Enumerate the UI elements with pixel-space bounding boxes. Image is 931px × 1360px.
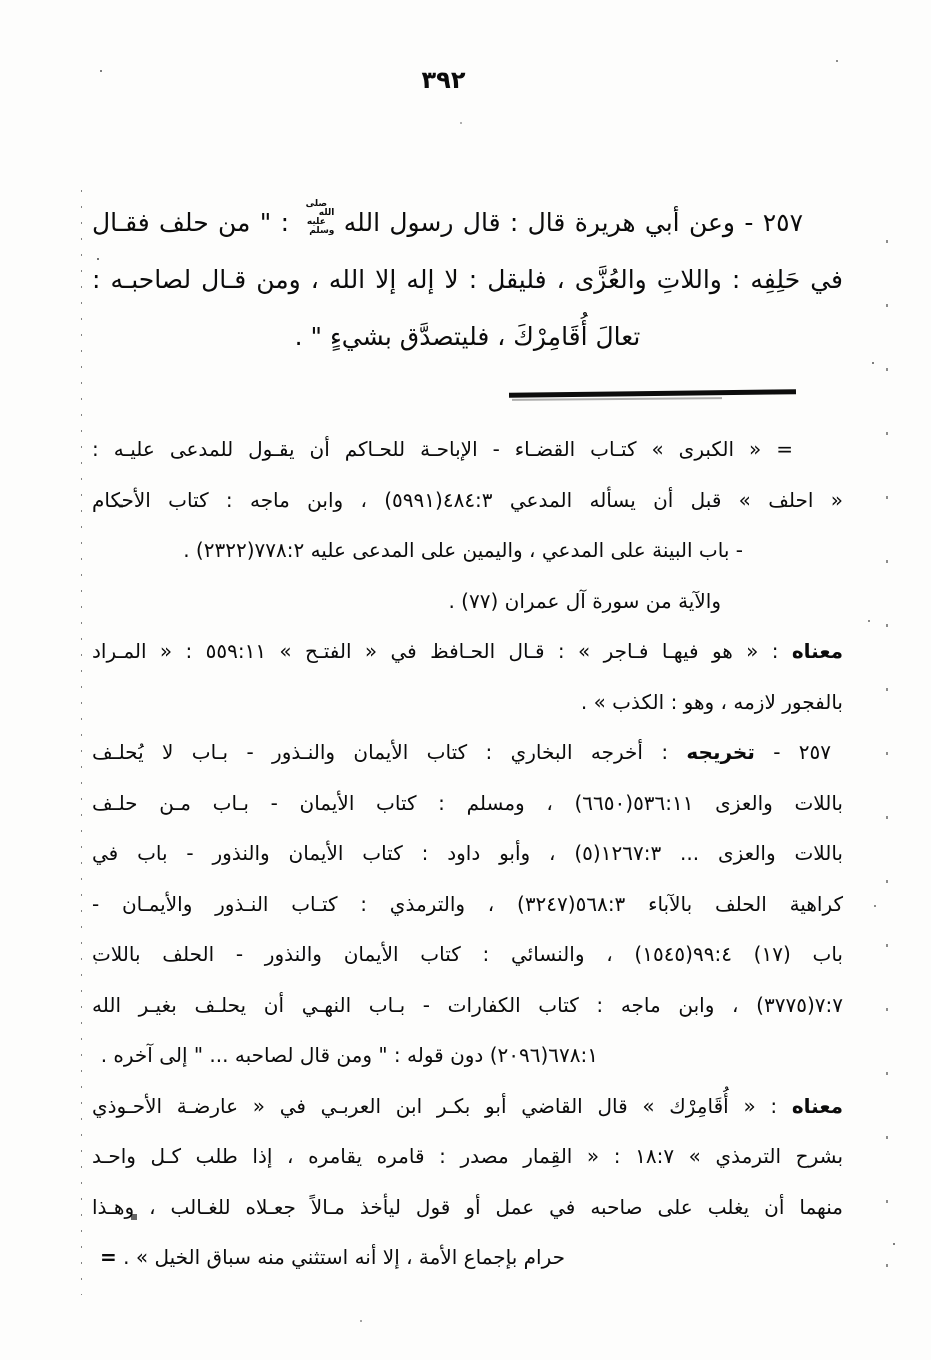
- footnote-line-8: باللات والعزى ٥٣٦:١١(٦٦٥٠) ، ومسلم : كتا…: [92, 778, 843, 829]
- footnote-line-7-text: : أخرجه البخاري : كتاب الأيمان والنـذور …: [92, 740, 686, 764]
- footnote-separator-rule: [509, 389, 796, 398]
- footnote-label-maanah-2: معناه: [792, 1094, 843, 1118]
- footnote-line-2: « احلف » قبل أن يسأله المدعي ٤٨٤:٣(٥٩٩١)…: [92, 475, 843, 526]
- scan-noise-dotline-right: [886, 240, 888, 1300]
- scanned-book-page: ٣٩٢ ٢٥٧ - وعن أبي هريرة قال : قال رسول ا…: [0, 0, 931, 1360]
- hadith-line-2: في حَلِفِه : واللاتِ والعُزَّى ، فليقل :…: [92, 251, 843, 308]
- footnote-line-14: معناه : « أُقَامِرْك » قال القاضي أبو بك…: [92, 1081, 843, 1132]
- footnote-line-10: كراهية الحلف بالآباء ٥٦٨:٣(٣٢٤٧) ، والتر…: [92, 879, 843, 930]
- footnotes-block: = « الكبرى » كتـاب القضـاء - الإباحـة لل…: [92, 424, 843, 1283]
- footnote-line-16: منهما أن يغلب على صاحبه في عمل أو قول لي…: [92, 1182, 843, 1233]
- saw-honorific-top: صلى الله: [298, 200, 334, 218]
- footnote-line-4: والآية من سورة آل عمران (٧٧) .: [92, 576, 843, 627]
- footnote-line-5: معناه : « هو فيهـا فـاجر » : قـال الحـاف…: [92, 626, 843, 677]
- continuation-mark: =: [100, 1232, 117, 1283]
- footnote-line-3: - باب البينة على المدعي ، واليمين على ال…: [92, 525, 843, 576]
- footnote-line-6: بالفجور لازمه ، وهو : الكذب » .: [92, 677, 843, 728]
- footnote-line-1: = « الكبرى » كتـاب القضـاء - الإباحـة لل…: [92, 424, 843, 475]
- footnote-line-17-row: = حرام بإجماع الأمة ، إلا أنه استثني منه…: [92, 1232, 843, 1283]
- footnote-line-15: بشرح الترمذي » ١٨:٧ : « القِمار مصدر : ق…: [92, 1131, 843, 1182]
- footnote-separator-echo: [512, 397, 722, 401]
- footnote-line-12: ٧:٧(٣٧٧٥) ، وابن ماجه : كتاب الكفارات - …: [92, 980, 843, 1031]
- footnote-label-takhrij: تخريجه: [686, 740, 754, 764]
- footnote-line-9: باللات والعزى ... ١٢٦٧:٣(٥) ، وأبو داود …: [92, 828, 843, 879]
- page-number: ٣٩٢: [0, 66, 909, 94]
- hadith-line-3: تعالَ أُقَامِرْكَ ، فليتصدَّق بشيءٍ " .: [92, 308, 843, 365]
- saw-honorific: صلى اللهعليه وسلم: [298, 200, 334, 236]
- footnote-label-maanah-1: معناه: [792, 639, 843, 663]
- footnote-line-5-text: : « هو فيهـا فـاجر » : قـال الحـافظ في «…: [92, 639, 792, 663]
- footnote-line-11: باب (١٧) ٩٩:٤(١٥٤٥) ، والنسائي : كتاب ال…: [92, 929, 843, 980]
- hadith-text-block: ٢٥٧ - وعن أبي هريرة قال : قال رسول الله …: [92, 194, 843, 365]
- hadith-line-1: ٢٥٧ - وعن أبي هريرة قال : قال رسول الله …: [92, 194, 843, 251]
- footnote-line-7: ٢٥٧ - تخريجه : أخرجه البخاري : كتاب الأي…: [92, 727, 843, 778]
- footnote-line-13: ٦٧٨:١(٢٠٩٦) دون قوله : " ومن قال لصاحبه …: [92, 1030, 843, 1081]
- footnote-line-14-text: : « أُقَامِرْك » قال القاضي أبو بكـر ابن…: [92, 1094, 792, 1118]
- footnote-line-17: حرام بإجماع الأمة ، إلا أنه استثني منه س…: [92, 1232, 843, 1283]
- hadith-line-1-post: : " من حلف فقـال: [92, 208, 289, 237]
- footnote-line-7-number: ٢٥٧ -: [755, 740, 831, 764]
- hadith-line-1-pre: ٢٥٧ - وعن أبي هريرة قال : قال رسول الله: [344, 208, 803, 237]
- saw-honorific-bottom: عليه وسلم: [298, 218, 334, 236]
- scan-noise-dotline-left: [81, 190, 82, 1295]
- scan-noise-specks: [0, 0, 2, 2]
